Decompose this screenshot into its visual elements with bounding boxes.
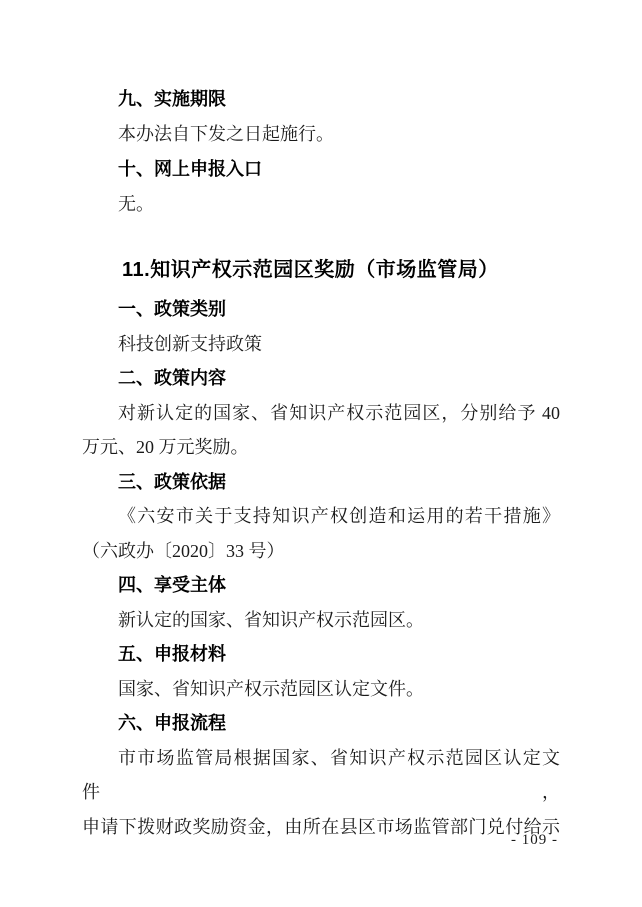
clause-heading: 十、网上申报入口 [82,152,560,187]
policy-11-section: 一、政策类别科技创新支持政策二、政策内容对新认定的国家、省知识产权示范园区，分别… [82,292,560,844]
clause-heading: 六、申报流程 [82,706,560,741]
body-text-line: 万元、20 万元奖励。 [82,430,560,465]
body-text-line: 市市场监管局根据国家、省知识产权示范园区认定文件， [82,741,560,810]
body-text-line: 对新认定的国家、省知识产权示范园区，分别给予 40 [82,396,560,431]
body-text-line: 国家、省知识产权示范园区认定文件。 [82,672,560,707]
clause-heading: 四、享受主体 [82,568,560,603]
page-number: - 109 - [511,830,558,850]
clause-heading: 五、申报材料 [82,637,560,672]
body-text-line: 无。 [82,187,560,222]
clause-heading: 一、政策类别 [82,292,560,327]
body-text-line: 新认定的国家、省知识产权示范园区。 [82,603,560,638]
document-page: 九、实施期限本办法自下发之日起施行。十、网上申报入口无。11.知识产权示范园区奖… [0,0,642,907]
body-text-line: 《六安市关于支持知识产权创造和运用的若干措施》 [82,499,560,534]
document-body: 九、实施期限本办法自下发之日起施行。十、网上申报入口无。11.知识产权示范园区奖… [0,0,642,844]
clause-heading: 三、政策依据 [82,465,560,500]
previous-policy-tail-section: 九、实施期限本办法自下发之日起施行。十、网上申报入口无。 [82,82,560,222]
clause-heading: 二、政策内容 [82,361,560,396]
body-text-line: 申请下拨财政奖励资金，由所在县区市场监管部门兑付给示 [82,810,560,845]
policy-section-title: 11.知识产权示范园区奖励（市场监管局） [82,250,560,290]
body-text-line: （六政办〔2020〕33 号） [82,534,560,569]
body-text-line: 本办法自下发之日起施行。 [82,117,560,152]
body-text-line: 科技创新支持政策 [82,327,560,362]
clause-heading: 九、实施期限 [82,82,560,117]
